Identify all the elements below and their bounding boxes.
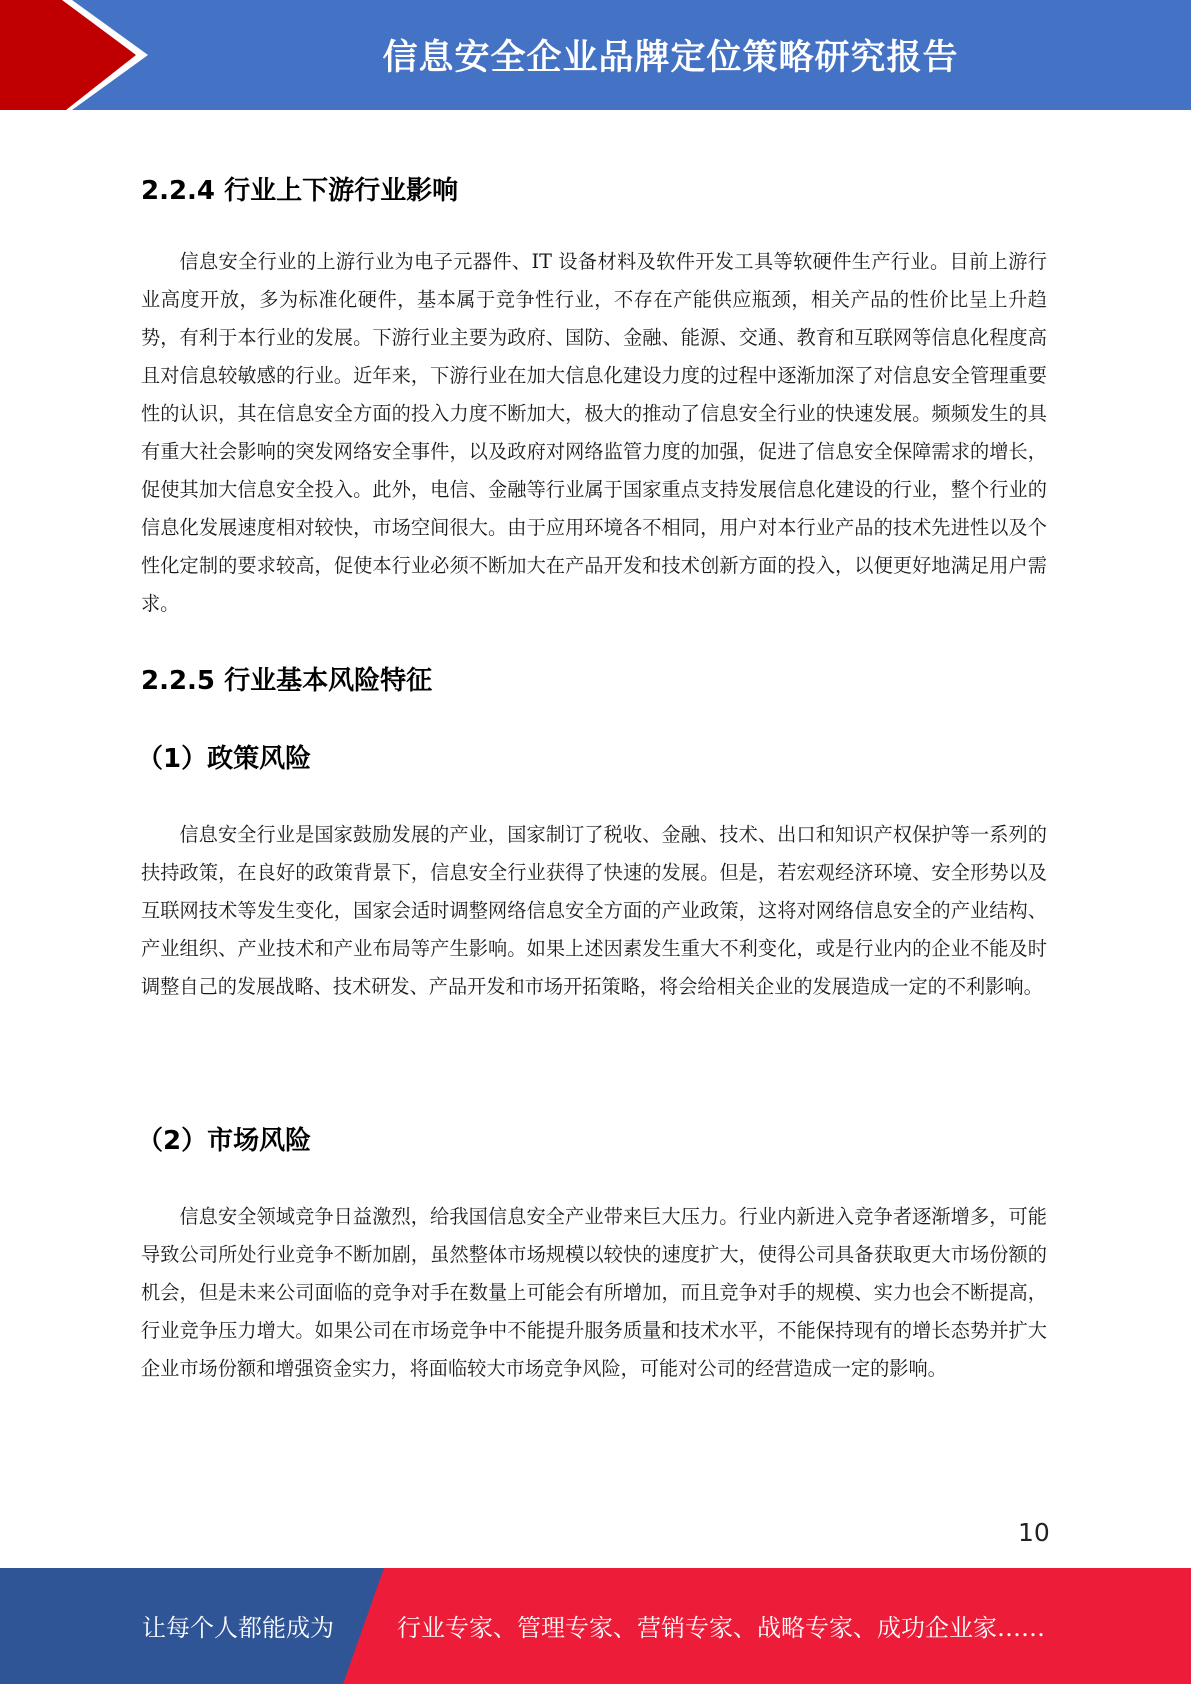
page-number: 10 [1018, 1518, 1050, 1547]
footer-slogan-left: 让每个人都能成为 [142, 1608, 334, 1643]
section-heading-2-2-5: 2.2.5 行业基本风险特征 [141, 660, 432, 697]
subsection-paragraph-market-risk: 信息安全领域竞争日益激烈，给我国信息安全产业带来巨大压力。行业内新进入竞争者逐渐… [141, 1198, 1047, 1388]
subsection-heading-policy-risk: （1）政策风险 [137, 738, 311, 775]
page-header: 信息安全企业品牌定位策略研究报告 [0, 0, 1191, 110]
subsection-heading-market-risk: （2）市场风险 [137, 1120, 311, 1157]
section-heading-2-2-4: 2.2.4 行业上下游行业影响 [141, 170, 458, 207]
subsection-paragraph-policy-risk: 信息安全行业是国家鼓励发展的产业，国家制订了税收、金融、技术、出口和知识产权保护… [141, 816, 1047, 1006]
section-paragraph-2-2-4: 信息安全行业的上游行业为电子元器件、IT 设备材料及软件开发工具等软硬件生产行业… [141, 243, 1047, 623]
footer-slogan-right: 行业专家、管理专家、营销专家、战略专家、成功企业家…… [397, 1608, 1045, 1643]
page-footer: 让每个人都能成为 行业专家、管理专家、营销专家、战略专家、成功企业家…… [0, 1568, 1191, 1684]
report-title: 信息安全企业品牌定位策略研究报告 [0, 30, 1191, 80]
